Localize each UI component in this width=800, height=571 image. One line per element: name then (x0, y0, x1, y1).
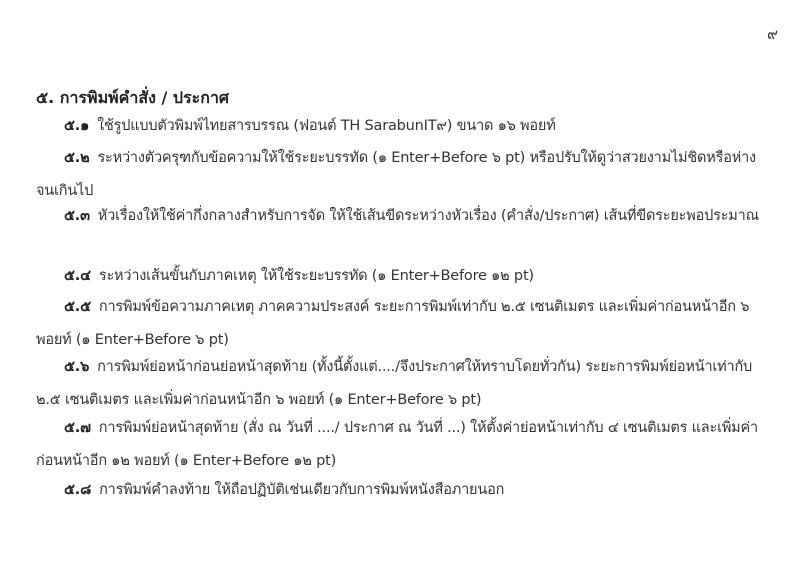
item-text: ระหว่างเส้นขั้นกับภาคเหตุ ให้ใช้ระยะบรรท… (99, 268, 534, 284)
list-item-5-7: ๕.๗การพิมพ์ย่อหน้าสุดท้าย (สั่ง ณ วันที่… (36, 412, 766, 478)
list-item-5-5: ๕.๕การพิมพ์ข้อความภาคเหตุ ภาคความประสงค์… (36, 291, 766, 357)
item-number: ๕.๗ (64, 420, 91, 436)
item-text: การพิมพ์ย่อหน้าก่อนย่อหน้าสุดท้าย (ทั้งน… (36, 359, 752, 408)
page-number: ๙ (767, 22, 778, 46)
item-text: การพิมพ์ข้อความภาคเหตุ ภาคความประสงค์ ระ… (36, 299, 749, 348)
list-item-5-8: ๕.๘การพิมพ์คำลงท้าย ให้ถือปฏิบัติเช่นเดี… (36, 474, 766, 507)
section-heading: ๕. การพิมพ์คำสั่ง / ประกาศ (36, 86, 229, 111)
item-number: ๕.๕ (64, 299, 91, 315)
item-number: ๕.๒ (64, 150, 89, 166)
list-item-5-1: ๕.๑ใช้รูปแบบตัวพิมพ์ไทยสารบรรณ (ฟอนต์ TH… (36, 110, 766, 143)
list-item-5-4: ๕.๔ระหว่างเส้นขั้นกับภาคเหตุ ให้ใช้ระยะบ… (36, 260, 766, 293)
item-text: การพิมพ์ย่อหน้าสุดท้าย (สั่ง ณ วันที่ ..… (36, 420, 758, 469)
list-item-5-3: ๕.๓หัวเรื่องให้ใช้ค่ากึ่งกลางสำหรับการจั… (36, 200, 766, 233)
item-number: ๕.๑ (64, 118, 89, 134)
item-number: ๕.๘ (64, 482, 91, 498)
list-item-5-2: ๕.๒ระหว่างตัวครุฑกับข้อความให้ใช้ระยะบรร… (36, 142, 766, 208)
item-text: ระหว่างตัวครุฑกับข้อความให้ใช้ระยะบรรทัด… (36, 150, 756, 199)
item-text: หัวเรื่องให้ใช้ค่ากึ่งกลางสำหรับการจัด ใ… (98, 208, 759, 224)
item-number: ๕.๔ (64, 268, 91, 284)
item-text: ใช้รูปแบบตัวพิมพ์ไทยสารบรรณ (ฟอนต์ TH Sa… (97, 118, 555, 134)
list-item-5-6: ๕.๖การพิมพ์ย่อหน้าก่อนย่อหน้าสุดท้าย (ทั… (36, 351, 766, 417)
item-number: ๕.๓ (64, 208, 90, 224)
item-number: ๕.๖ (64, 359, 89, 375)
item-text: การพิมพ์คำลงท้าย ให้ถือปฏิบัติเช่นเดียวก… (99, 482, 504, 498)
